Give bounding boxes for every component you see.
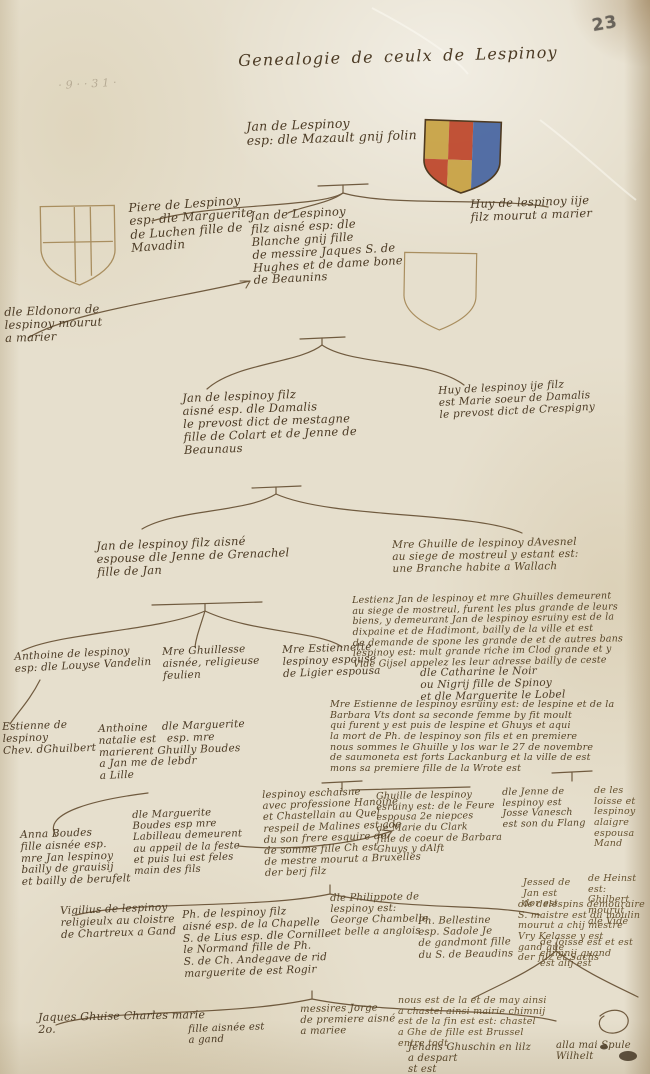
tree-node: dle Catharine le Noir ou Nigrij fille de… xyxy=(420,664,650,703)
tree-node: Mre Estiennette lespinoy espouse de Ligi… xyxy=(282,640,418,680)
marginal-paragraph: Mre Estienne de lespinoy esruiny est: de… xyxy=(330,700,650,774)
tree-node: Anthoine dle Marguerite natalie est esp.… xyxy=(98,718,285,783)
paper-crease xyxy=(372,8,636,200)
tree-node: Jan de lespinoy filz aisné esp. dle Dama… xyxy=(182,385,394,457)
tree-node: alla mai Spule Wilhelt xyxy=(556,1040,650,1062)
sketched-shield-left-icon xyxy=(35,201,121,294)
manuscript-page: 23 · 9 · · 3 1 · Genealogie de ceulx de … xyxy=(0,0,650,1074)
tree-node: fille aisnée est a gand xyxy=(188,1020,304,1046)
tree-node: dle Eldonora de lespinoy mourut a marier xyxy=(4,301,135,344)
tree-node: Jan de Lespinoy filz aisné esp: dle Blan… xyxy=(250,201,434,288)
tree-node: Mre Ghuillesse aisnée, religieuse feulie… xyxy=(162,643,288,683)
tree-node: Jehans Ghuschin en lilz a despart st est xyxy=(408,1042,548,1074)
tree-node: de les loisse et lespinoy alaigre espous… xyxy=(594,786,650,850)
tree-node: Jessed de Jan est dor est xyxy=(523,878,585,910)
tree-node: Estienne de lespinoy Chev. dGhuilbert xyxy=(2,719,103,758)
tree-node: de loisse est et est chimnij quand est a… xyxy=(540,938,650,970)
tree-node: Mre Ghuille de lespinoy dAvesnel au sieg… xyxy=(392,536,649,576)
tree-node: de Heinst est: Ghilbert mourut ale Vide xyxy=(588,874,650,927)
